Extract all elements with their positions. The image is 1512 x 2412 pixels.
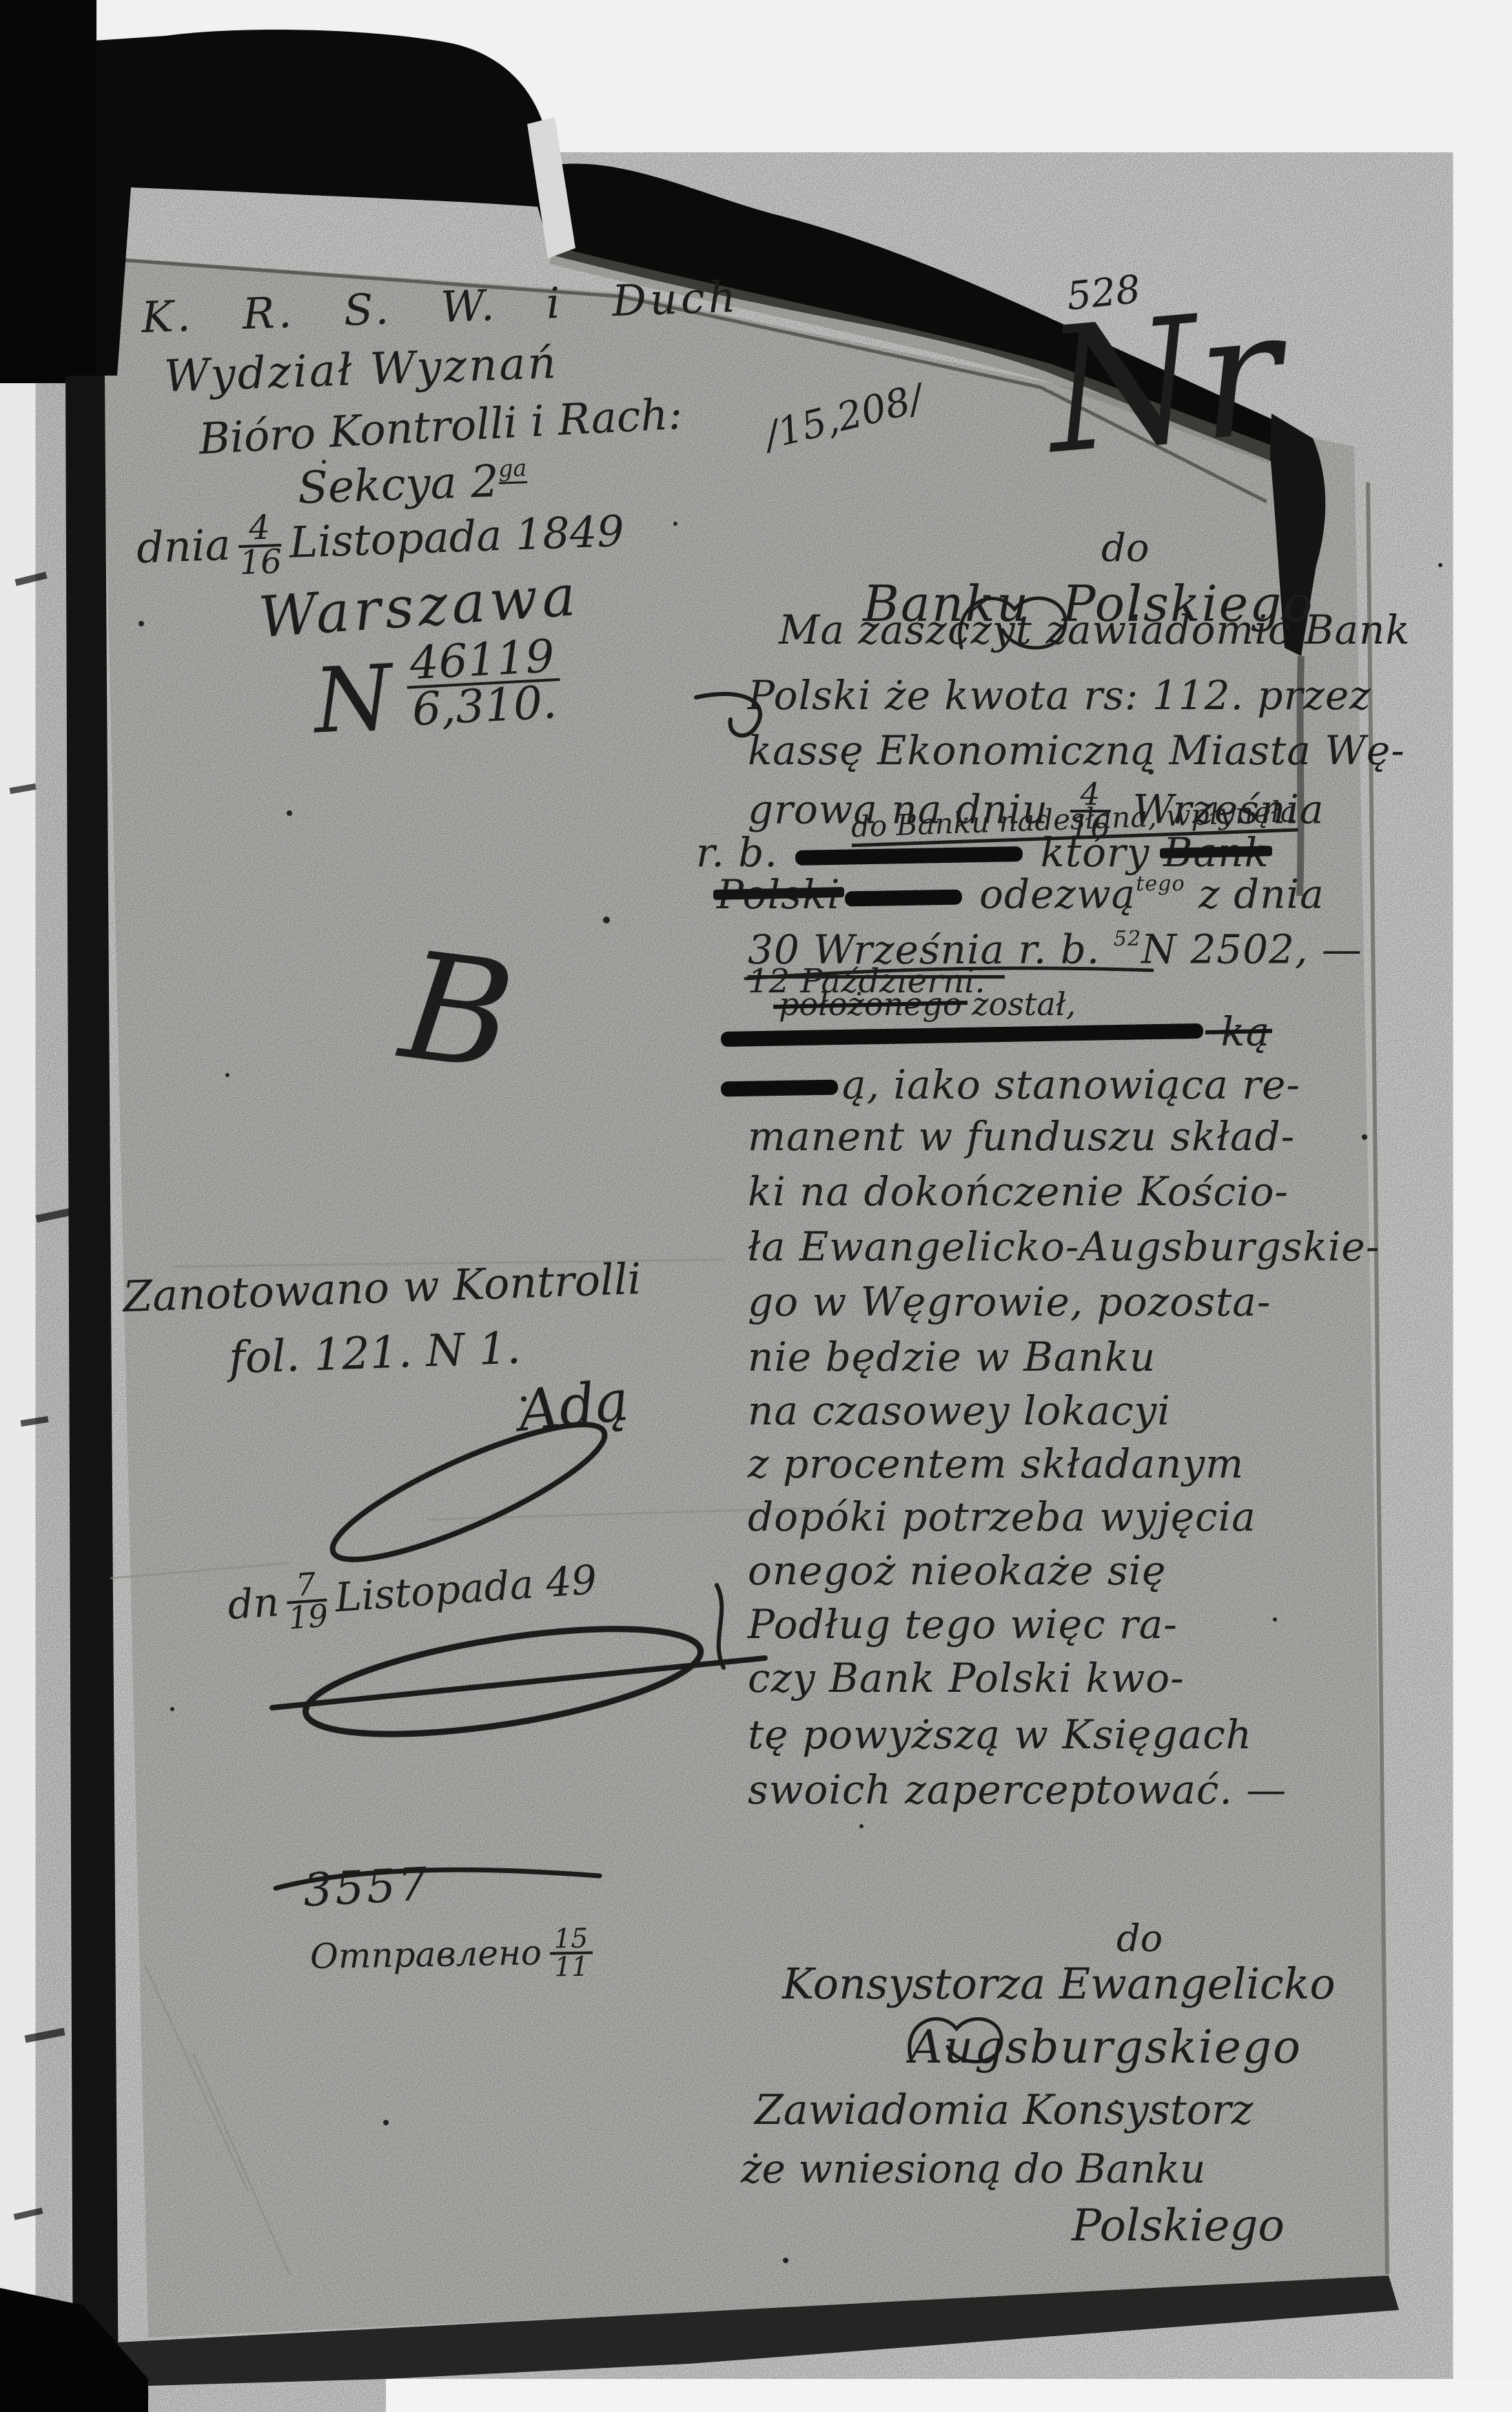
document-text: 528 /15,208/ Nr do Banku Polskiego K. R.…	[0, 0, 1512, 2412]
body-line-2: Polski że kwota rs: 112. przez	[748, 675, 1371, 715]
signature-initials: Adą	[515, 1373, 631, 1440]
interline-note-struck: położonego	[779, 985, 962, 1023]
body-line-11: ki na dokończenie Kościo-	[748, 1172, 1289, 1212]
footer-line-5: Polskiego	[1072, 2204, 1285, 2248]
body-line-15: na czasowey lokacyi	[748, 1391, 1171, 1431]
dispatch-stamp-fraction: 1511	[549, 1926, 593, 1981]
body-line-13: go w Węgrowie, pozosta-	[748, 1282, 1271, 1322]
interline-note: położonego został,	[779, 988, 1076, 1020]
body-line-21: tę powyższą w Księgach	[748, 1715, 1252, 1755]
body-line-22: swoich zaperceptować. —	[748, 1770, 1287, 1810]
body-line-18: onegoż nieokaże się	[748, 1551, 1166, 1591]
crossed-number: 3557	[302, 1861, 431, 1914]
body-line-1: Ma zaszczyt zawiadomić Bank	[779, 610, 1411, 650]
footer-line-3: Zawiadomia Konsystorz	[755, 2089, 1253, 2131]
body-line-14: nie będzie w Banku	[748, 1337, 1156, 1377]
b-mark: B	[394, 931, 520, 1092]
footer-line-4: że wniesioną do Banku	[741, 2149, 1205, 2189]
dispatch-date-fraction: 719	[285, 1569, 329, 1634]
footer-do: do	[1116, 1920, 1163, 1957]
interline-note-rest: został,	[962, 985, 1076, 1023]
microfilm-scan: 528 /15,208/ Nr do Banku Polskiego K. R.…	[0, 0, 1512, 2412]
dispatch-stamp-word: Отправлено	[309, 1932, 542, 1976]
body-line-10: manent w funduszu skład-	[748, 1116, 1295, 1156]
body-line-19: Podług tego więc ra-	[748, 1604, 1178, 1644]
dispatch-date-word: dn	[226, 1578, 280, 1628]
footer-line-2: Augsburgskiego	[910, 2025, 1302, 2070]
body-line-12: ła Ewangelicko-Augsburgskie-	[748, 1227, 1380, 1267]
dispatch-date-month: Listopada 49	[334, 1556, 599, 1621]
control-note-2: fol. 121. N 1.	[228, 1327, 522, 1381]
dispatch-stamp: Отправлено1511	[309, 1925, 601, 1984]
body-line-9: ą, iako stanowiąca re-	[717, 1065, 1300, 1105]
body-line-3: kassę Ekonomiczną Miasta Wę-	[748, 730, 1405, 770]
body-line-16: z procentem składanym	[748, 1444, 1244, 1484]
body-line-20: czy Bank Polski kwo-	[748, 1658, 1185, 1698]
body-line-6: Polski odezwątego z dnia	[717, 874, 1325, 914]
footer-line-1: Konsystorza Ewangelicko	[782, 1963, 1336, 2005]
body-line-17: dopóki potrzeba wyjęcia	[748, 1497, 1256, 1537]
